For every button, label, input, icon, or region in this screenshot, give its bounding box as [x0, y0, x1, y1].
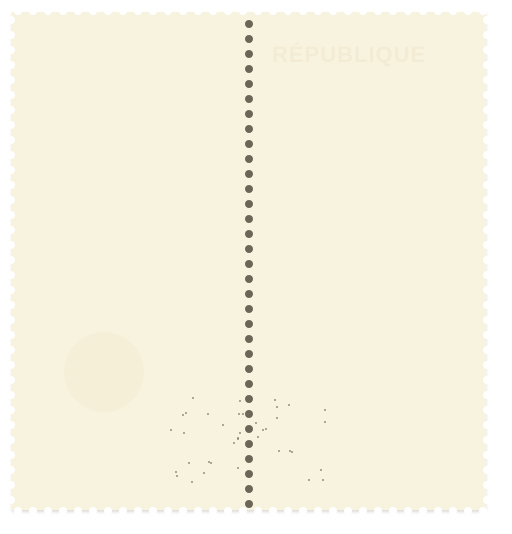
postmark-speck — [255, 422, 257, 424]
postmark-speck — [182, 414, 184, 416]
perforation-hole — [483, 271, 491, 279]
perforation-hole — [29, 507, 37, 515]
perforation-hole — [7, 241, 15, 249]
perforation-hole — [389, 507, 397, 515]
perforation-hole — [483, 196, 491, 204]
perforation-hole — [329, 507, 337, 515]
perforation-hole — [7, 106, 15, 114]
perforation-hole — [483, 466, 491, 474]
perforation-hole — [245, 95, 253, 103]
perforation-hole — [7, 271, 15, 279]
perforation-hole — [483, 151, 491, 159]
postmark-speck — [191, 481, 193, 483]
perforation-hole — [483, 496, 491, 504]
perforation-hole — [89, 507, 97, 515]
perforation-hole — [434, 7, 442, 15]
perforation-hole — [7, 196, 15, 204]
perforation-hole — [7, 436, 15, 444]
perforation-hole — [7, 76, 15, 84]
perforation-hole — [483, 91, 491, 99]
perforation-hole — [483, 121, 491, 129]
perforation-hole — [314, 507, 322, 515]
perforation-hole — [245, 500, 253, 508]
perforation-hole — [245, 215, 253, 223]
perforation-hole — [284, 507, 292, 515]
perforation-hole — [359, 507, 367, 515]
perforation-hole — [245, 50, 253, 58]
perforation-hole — [483, 421, 491, 429]
perforation-hole — [7, 181, 15, 189]
perforation-hole — [483, 331, 491, 339]
perforation-hole — [14, 7, 22, 15]
perforation-hole — [284, 7, 292, 15]
perforation-hole — [483, 451, 491, 459]
perforation-hole — [224, 507, 232, 515]
perforation-hole — [483, 166, 491, 174]
postmark-speck — [233, 442, 235, 444]
postmark-speck — [238, 413, 240, 415]
perforation-hole — [359, 7, 367, 15]
perforation-hole — [483, 406, 491, 414]
ghost-header-text: RÉPUBLIQUE — [272, 42, 426, 68]
perforation-hole — [245, 80, 253, 88]
perforation-hole — [7, 166, 15, 174]
perforation-hole — [483, 31, 491, 39]
perforation-hole — [209, 507, 217, 515]
perforation-hole — [7, 301, 15, 309]
perforation-hole — [245, 470, 253, 478]
perforation-hole — [245, 125, 253, 133]
perforation-hole — [483, 226, 491, 234]
perforation-hole — [7, 91, 15, 99]
postmark-speck — [237, 437, 239, 439]
perforation-hole — [483, 301, 491, 309]
perforation-hole — [245, 170, 253, 178]
perforation-hole — [483, 46, 491, 54]
perforation-hole — [245, 335, 253, 343]
perforation-hole — [374, 507, 382, 515]
perforation-hole — [59, 507, 67, 515]
perforation-hole — [7, 376, 15, 384]
perforation-hole — [134, 507, 142, 515]
perforation-hole — [483, 211, 491, 219]
perforation-hole — [7, 481, 15, 489]
perforation-hole — [483, 61, 491, 69]
perforation-hole — [7, 466, 15, 474]
perforation-hole — [254, 7, 262, 15]
postmark-speck — [291, 451, 293, 453]
perforation-hole — [104, 7, 112, 15]
perforation-hole — [245, 485, 253, 493]
perforation-hole — [483, 346, 491, 354]
perforation-hole — [245, 455, 253, 463]
perforation-hole — [245, 260, 253, 268]
perforation-hole — [483, 106, 491, 114]
perforation-hole — [194, 7, 202, 15]
perforation-hole — [239, 507, 247, 515]
perforation-hole — [7, 421, 15, 429]
perforation-hole — [245, 395, 253, 403]
perforation-hole — [74, 7, 82, 15]
perforation-hole — [245, 185, 253, 193]
perforation-hole — [239, 7, 247, 15]
perforation-hole — [29, 7, 37, 15]
perforation-hole — [7, 391, 15, 399]
perforation-hole — [245, 305, 253, 313]
perforation-hole — [44, 7, 52, 15]
perforation-hole — [329, 7, 337, 15]
perforation-hole — [7, 451, 15, 459]
perforation-hole — [7, 361, 15, 369]
perforation-hole — [89, 7, 97, 15]
postmark-speck — [188, 462, 190, 464]
perforation-hole — [245, 440, 253, 448]
perforation-hole — [7, 151, 15, 159]
perforation-hole — [7, 256, 15, 264]
perforation-hole — [483, 136, 491, 144]
perforation-hole — [7, 331, 15, 339]
perforation-hole — [299, 7, 307, 15]
postmark-speck — [192, 397, 194, 399]
perforation-hole — [483, 256, 491, 264]
postmark-speck — [289, 450, 291, 452]
perforation-hole — [59, 7, 67, 15]
perforation-hole — [179, 7, 187, 15]
postmark-speck — [208, 461, 210, 463]
perforation-hole — [164, 7, 172, 15]
perforation-hole — [269, 507, 277, 515]
perforation-hole — [479, 507, 487, 515]
perforation-hole — [134, 7, 142, 15]
perforation-hole — [245, 365, 253, 373]
perforation-hole — [119, 7, 127, 15]
perforation-hole — [419, 7, 427, 15]
perforation-hole — [209, 7, 217, 15]
perforation-hole — [104, 507, 112, 515]
postmark-speck — [239, 400, 241, 402]
perforation-hole — [483, 16, 491, 24]
perforation-hole — [404, 507, 412, 515]
perforation-hole — [483, 76, 491, 84]
perforation-hole — [245, 110, 253, 118]
perforation-hole — [7, 406, 15, 414]
perforation-hole — [149, 507, 157, 515]
perforation-hole — [449, 7, 457, 15]
perforation-hole — [245, 65, 253, 73]
postmark-speck — [222, 424, 224, 426]
perforation-hole — [389, 7, 397, 15]
perforation-hole — [164, 507, 172, 515]
perforation-hole — [245, 200, 253, 208]
perforation-hole — [7, 316, 15, 324]
perforation-hole — [245, 155, 253, 163]
perforation-hole — [245, 290, 253, 298]
perforation-hole — [194, 507, 202, 515]
right-stamp: RÉPUBLIQUE — [250, 12, 486, 510]
perforation-hole — [245, 245, 253, 253]
perforation-hole — [149, 7, 157, 15]
perforation-hole — [7, 211, 15, 219]
perforation-hole — [245, 140, 253, 148]
perforation-hole — [7, 46, 15, 54]
postmark-speck — [203, 472, 205, 474]
perforation-hole — [7, 61, 15, 69]
perforation-hole — [119, 507, 127, 515]
perforation-hole — [245, 425, 253, 433]
perforation-hole — [314, 7, 322, 15]
perforation-hole — [254, 507, 262, 515]
perforation-hole — [245, 350, 253, 358]
left-stamp — [12, 12, 248, 510]
perforation-hole — [464, 507, 472, 515]
perforation-hole — [7, 496, 15, 504]
perforation-hole — [404, 7, 412, 15]
perforation-hole — [14, 507, 22, 515]
perforation-hole — [479, 7, 487, 15]
perforation-hole — [44, 507, 52, 515]
perforation-hole — [483, 316, 491, 324]
ghost-circle-design — [64, 332, 144, 412]
perforation-hole — [245, 230, 253, 238]
perforation-hole — [7, 226, 15, 234]
perforation-hole — [245, 275, 253, 283]
postmark-speck — [239, 432, 241, 434]
perforation-hole — [245, 35, 253, 43]
perforation-hole — [344, 507, 352, 515]
perforation-hole — [7, 121, 15, 129]
postmark-speck — [183, 432, 185, 434]
perforation-hole — [483, 376, 491, 384]
perforation-hole — [483, 436, 491, 444]
perforation-hole — [464, 7, 472, 15]
perforation-hole — [483, 481, 491, 489]
perforation-hole — [7, 136, 15, 144]
perforation-hole — [7, 286, 15, 294]
perforation-hole — [483, 241, 491, 249]
postmark-speck — [265, 428, 267, 430]
perforation-hole — [434, 507, 442, 515]
perforation-hole — [374, 7, 382, 15]
perforation-hole — [299, 507, 307, 515]
perforation-hole — [7, 16, 15, 24]
perforation-hole — [245, 380, 253, 388]
perforation-hole — [483, 286, 491, 294]
perforation-hole — [483, 181, 491, 189]
postmark-speck — [247, 413, 249, 415]
stamp-pair-back: RÉPUBLIQUE — [12, 12, 486, 510]
perforation-hole — [449, 507, 457, 515]
postmark-speck — [274, 399, 276, 401]
perforation-hole — [74, 507, 82, 515]
perforation-hole — [269, 7, 277, 15]
perforation-hole — [7, 31, 15, 39]
perforation-hole — [483, 391, 491, 399]
perforation-hole — [483, 361, 491, 369]
perforation-hole — [245, 20, 253, 28]
perforation-hole — [224, 7, 232, 15]
perforation-hole — [419, 507, 427, 515]
perforation-hole — [7, 346, 15, 354]
perforation-hole — [179, 507, 187, 515]
perforation-hole — [344, 7, 352, 15]
perforation-hole — [245, 320, 253, 328]
